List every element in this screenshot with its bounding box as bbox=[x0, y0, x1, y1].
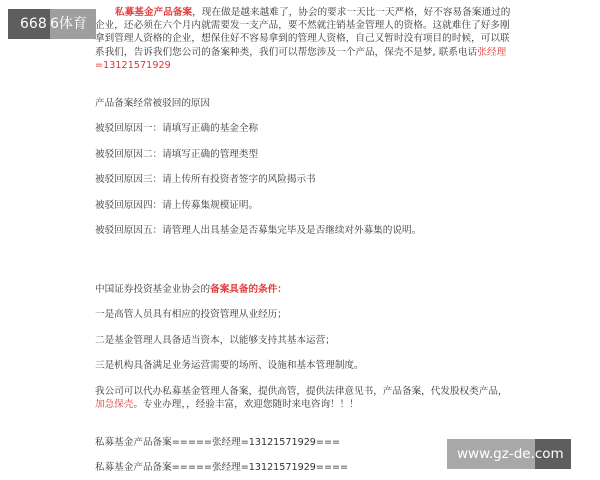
reason-text: 请填写正确的管理类型 bbox=[162, 149, 258, 160]
reason-label: 被驳回原因四： bbox=[95, 200, 162, 211]
reason-label: 被驳回原因三： bbox=[95, 174, 162, 185]
conditions-title: 中国证券投资基金业协会的备案具备的条件： bbox=[95, 283, 287, 296]
conditions-title-highlight: 备案具备的条件： bbox=[210, 284, 287, 295]
reason-text: 请管理人出具基金是否募集完毕及是否继续对外募集的说明。 bbox=[162, 225, 421, 236]
reason-label: 被驳回原因一： bbox=[95, 123, 162, 134]
condition-item: 三是机构具备满足业务运营需要的场所、设施和基本管理制度。 bbox=[95, 359, 364, 372]
watermark-light-part: www.gz-de. bbox=[447, 439, 535, 469]
intro-paragraph: 私募基金产品备案，现在做是越来越难了，协会的要求一天比一天严格，好不容易备案通过… bbox=[95, 6, 515, 72]
watermark-top-left: 668 6体育 bbox=[8, 9, 96, 39]
reason-text: 请上传所有投资者签字的风险揭示书 bbox=[162, 174, 316, 185]
reason-label: 被驳回原因五： bbox=[95, 225, 162, 236]
article-body: 私募基金产品备案，现在做是越来越难了，协会的要求一天比一天严格，好不容易备案通过… bbox=[95, 6, 515, 72]
offer-text-before: 我公司可以代办私募基金管理人备案，提供高管，提供法律意见书，产品备案，代发股权类… bbox=[95, 386, 508, 397]
offer-paragraph: 我公司可以代办私募基金管理人备案，提供高管，提供法律意见书，产品备案，代发股权类… bbox=[95, 385, 515, 411]
watermark-light-part: 6体育 bbox=[50, 9, 96, 39]
offer-text-after: 。专业办理，，经验丰富，欢迎您随时来电咨询！！！ bbox=[133, 399, 358, 410]
offer-highlight: 加急保壳 bbox=[95, 399, 133, 410]
watermark-dark-part: com bbox=[535, 439, 571, 469]
reason-text: 请上传募集规模证明。 bbox=[162, 200, 258, 211]
reason-item: 被驳回原因四：请上传募集规模证明。 bbox=[95, 199, 258, 212]
reason-item: 被驳回原因一：请填写正确的基金全称 bbox=[95, 122, 258, 135]
contact-line: 私募基金产品备案=====张经理=13121571929=== bbox=[95, 436, 340, 449]
conditions-title-text: 中国证券投资基金业协会的 bbox=[95, 284, 210, 295]
reasons-title: 产品备案经常被驳回的原因 bbox=[95, 97, 210, 110]
intro-highlight: 私募基金产品备案 bbox=[115, 7, 192, 18]
reason-item: 被驳回原因二：请填写正确的管理类型 bbox=[95, 148, 258, 161]
watermark-dark-part: 668 bbox=[8, 9, 50, 39]
condition-item: 二是基金管理人具备适当资本，以能够支持其基本运营； bbox=[95, 334, 335, 347]
reason-label: 被驳回原因二： bbox=[95, 149, 162, 160]
condition-item: 一是高管人员具有相应的投资管理从业经历； bbox=[95, 308, 287, 321]
reason-item: 被驳回原因三：请上传所有投资者签字的风险揭示书 bbox=[95, 173, 316, 186]
reason-text: 请填写正确的基金全称 bbox=[162, 123, 258, 134]
watermark-bottom-right: www.gz-de. com bbox=[447, 439, 571, 469]
reason-item: 被驳回原因五：请管理人出具基金是否募集完毕及是否继续对外募集的说明。 bbox=[95, 224, 421, 237]
contact-line: 私募基金产品备案=====张经理=13121571929==== bbox=[95, 461, 348, 474]
